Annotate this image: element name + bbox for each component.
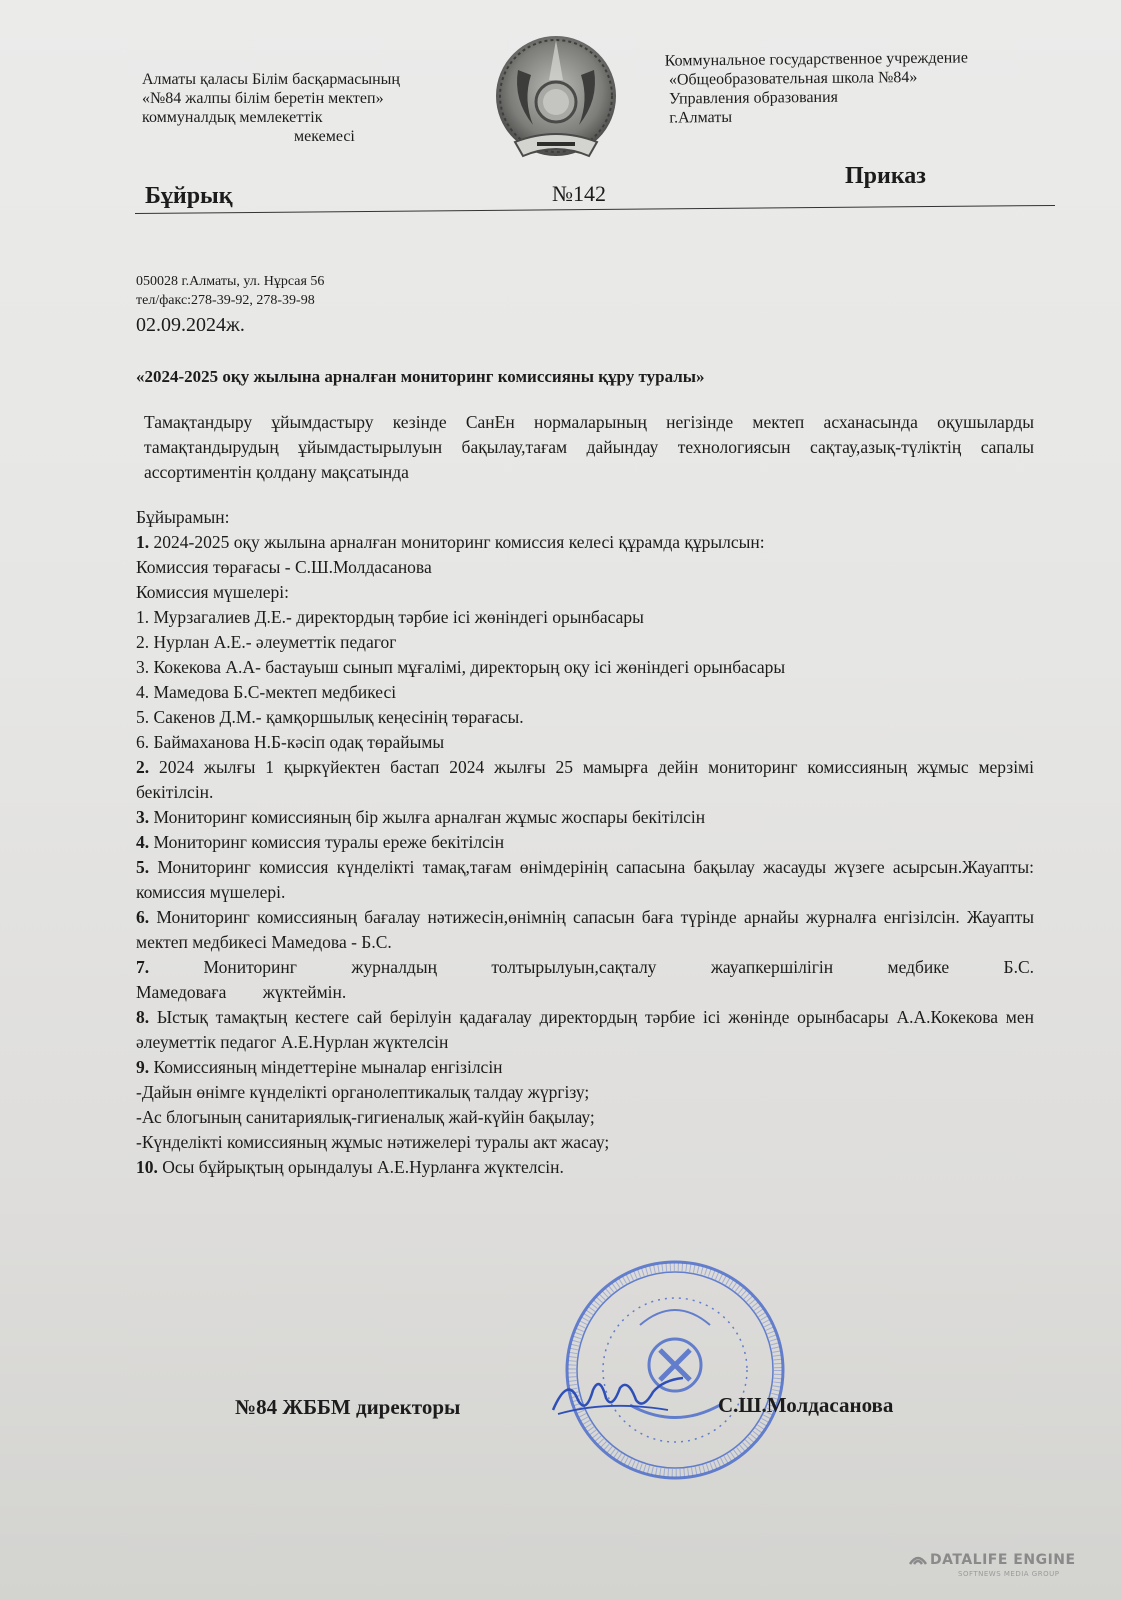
duty-item: -Дайын өнімге күнделікті органолептикалы… <box>136 1080 1034 1105</box>
org-line-ru-4: г.Алматы <box>665 105 968 127</box>
org-line-kz-3: коммуналдық мемлекеттік <box>142 108 400 127</box>
member-item: 6. Баймаханова Н.Б-кәсіп одақ төрайымы <box>136 730 1034 755</box>
order-item-7: 7. Мониторинг журналдың толтырылуын,сақт… <box>136 955 1034 1005</box>
commission-chair: Комиссия төрағасы - С.Ш.Молдасанова <box>136 555 1034 580</box>
order-date: 02.09.2024ж. <box>136 314 245 337</box>
order-intro: Бұйырамын: <box>136 505 1034 530</box>
org-line-kz-1: Алматы қаласы Білім басқармасының <box>142 70 400 89</box>
header-kazakh-org: Алматы қаласы Білім басқармасының «№84 ж… <box>142 70 400 146</box>
state-emblem-icon <box>493 30 619 170</box>
doc-title-russian: Приказ <box>845 163 926 190</box>
phone-fax: тел/факс:278-39-92, 278-39-98 <box>136 291 324 310</box>
order-item-3: 3. Мониторинг комиссияның бір жылға арна… <box>136 805 1034 830</box>
member-item: 5. Сакенов Д.М.- қамқоршылық кеңесінің т… <box>136 705 1034 730</box>
member-item: 3. Кокекова А.А- бастауыш сынып мұғалімі… <box>136 655 1034 680</box>
order-item-4: 4. Мониторинг комиссия туралы ереже бекі… <box>136 830 1034 855</box>
order-body: Тамақтандыру ұйымдастыру кезінде СанЕн н… <box>144 410 1034 1180</box>
duty-item: -Күнделікті комиссияның жұмыс нәтижелері… <box>136 1130 1034 1155</box>
org-line-ru-1: Коммунальное государственное учреждение <box>665 48 968 70</box>
order-item-1: 1. 2024-2025 оқу жылына арналған монитор… <box>136 530 1034 555</box>
watermark-brand: DATALIFE ENGINE <box>930 1552 1076 1568</box>
order-number: №142 <box>552 181 606 207</box>
member-item: 4. Мамедова Б.С-мектеп медбикесі <box>136 680 1034 705</box>
signatory-position: №84 ЖББМ директоры <box>235 1395 460 1420</box>
org-line-kz-2: «№84 жалпы білім беретін мектеп» <box>142 89 400 108</box>
contact-block: 050028 г.Алматы, ул. Нұрсая 56 тел/факс:… <box>136 272 324 310</box>
member-item: 1. Мурзагалиев Д.Е.- директордың тәрбие … <box>136 605 1034 630</box>
member-item: 2. Нурлан А.Е.- әлеуметтік педагог <box>136 630 1034 655</box>
signatory-name: С.Ш.Молдасанова <box>718 1393 893 1418</box>
document-page: Алматы қаласы Білім басқармасының «№84 ж… <box>0 0 1121 1600</box>
handwritten-signature-icon <box>548 1370 688 1420</box>
duty-item: -Ас блогының санитариялық-гигиеналық жай… <box>136 1105 1034 1130</box>
order-item-8: 8. Ыстық тамақтың кестеге сай берілуін қ… <box>136 1005 1034 1055</box>
order-item-10: 10. Осы бұйрықтың орындалуы А.Е.Нурланға… <box>136 1155 1034 1180</box>
order-item-2: 2. 2024 жылғы 1 қыркүйектен бастап 2024 … <box>136 755 1034 805</box>
order-item-9: 9. Комиссияның міндеттеріне мыналар енгі… <box>136 1055 1034 1080</box>
org-line-kz-4: мекемесі <box>142 127 400 146</box>
order-item-6: 6. Мониторинг комиссияның бағалау нәтиже… <box>136 905 1034 955</box>
preamble: Тамақтандыру ұйымдастыру кезінде СанЕн н… <box>144 410 1034 485</box>
header-russian-org: Коммунальное государственное учреждение … <box>665 48 969 127</box>
address: 050028 г.Алматы, ул. Нұрсая 56 <box>136 272 324 291</box>
commission-members-label: Комиссия мүшелері: <box>136 580 1034 605</box>
order-subject: «2024-2025 оқу жылына арналған мониторин… <box>136 367 705 387</box>
watermark-subtitle: SOFTNEWS MEDIA GROUP <box>958 1570 1059 1578</box>
doc-title-kazakh: Бұйрық <box>145 183 233 210</box>
order-item-5: 5. Мониторинг комиссия күнделікті тамақ,… <box>136 855 1034 905</box>
datalife-logo-icon <box>908 1550 928 1570</box>
